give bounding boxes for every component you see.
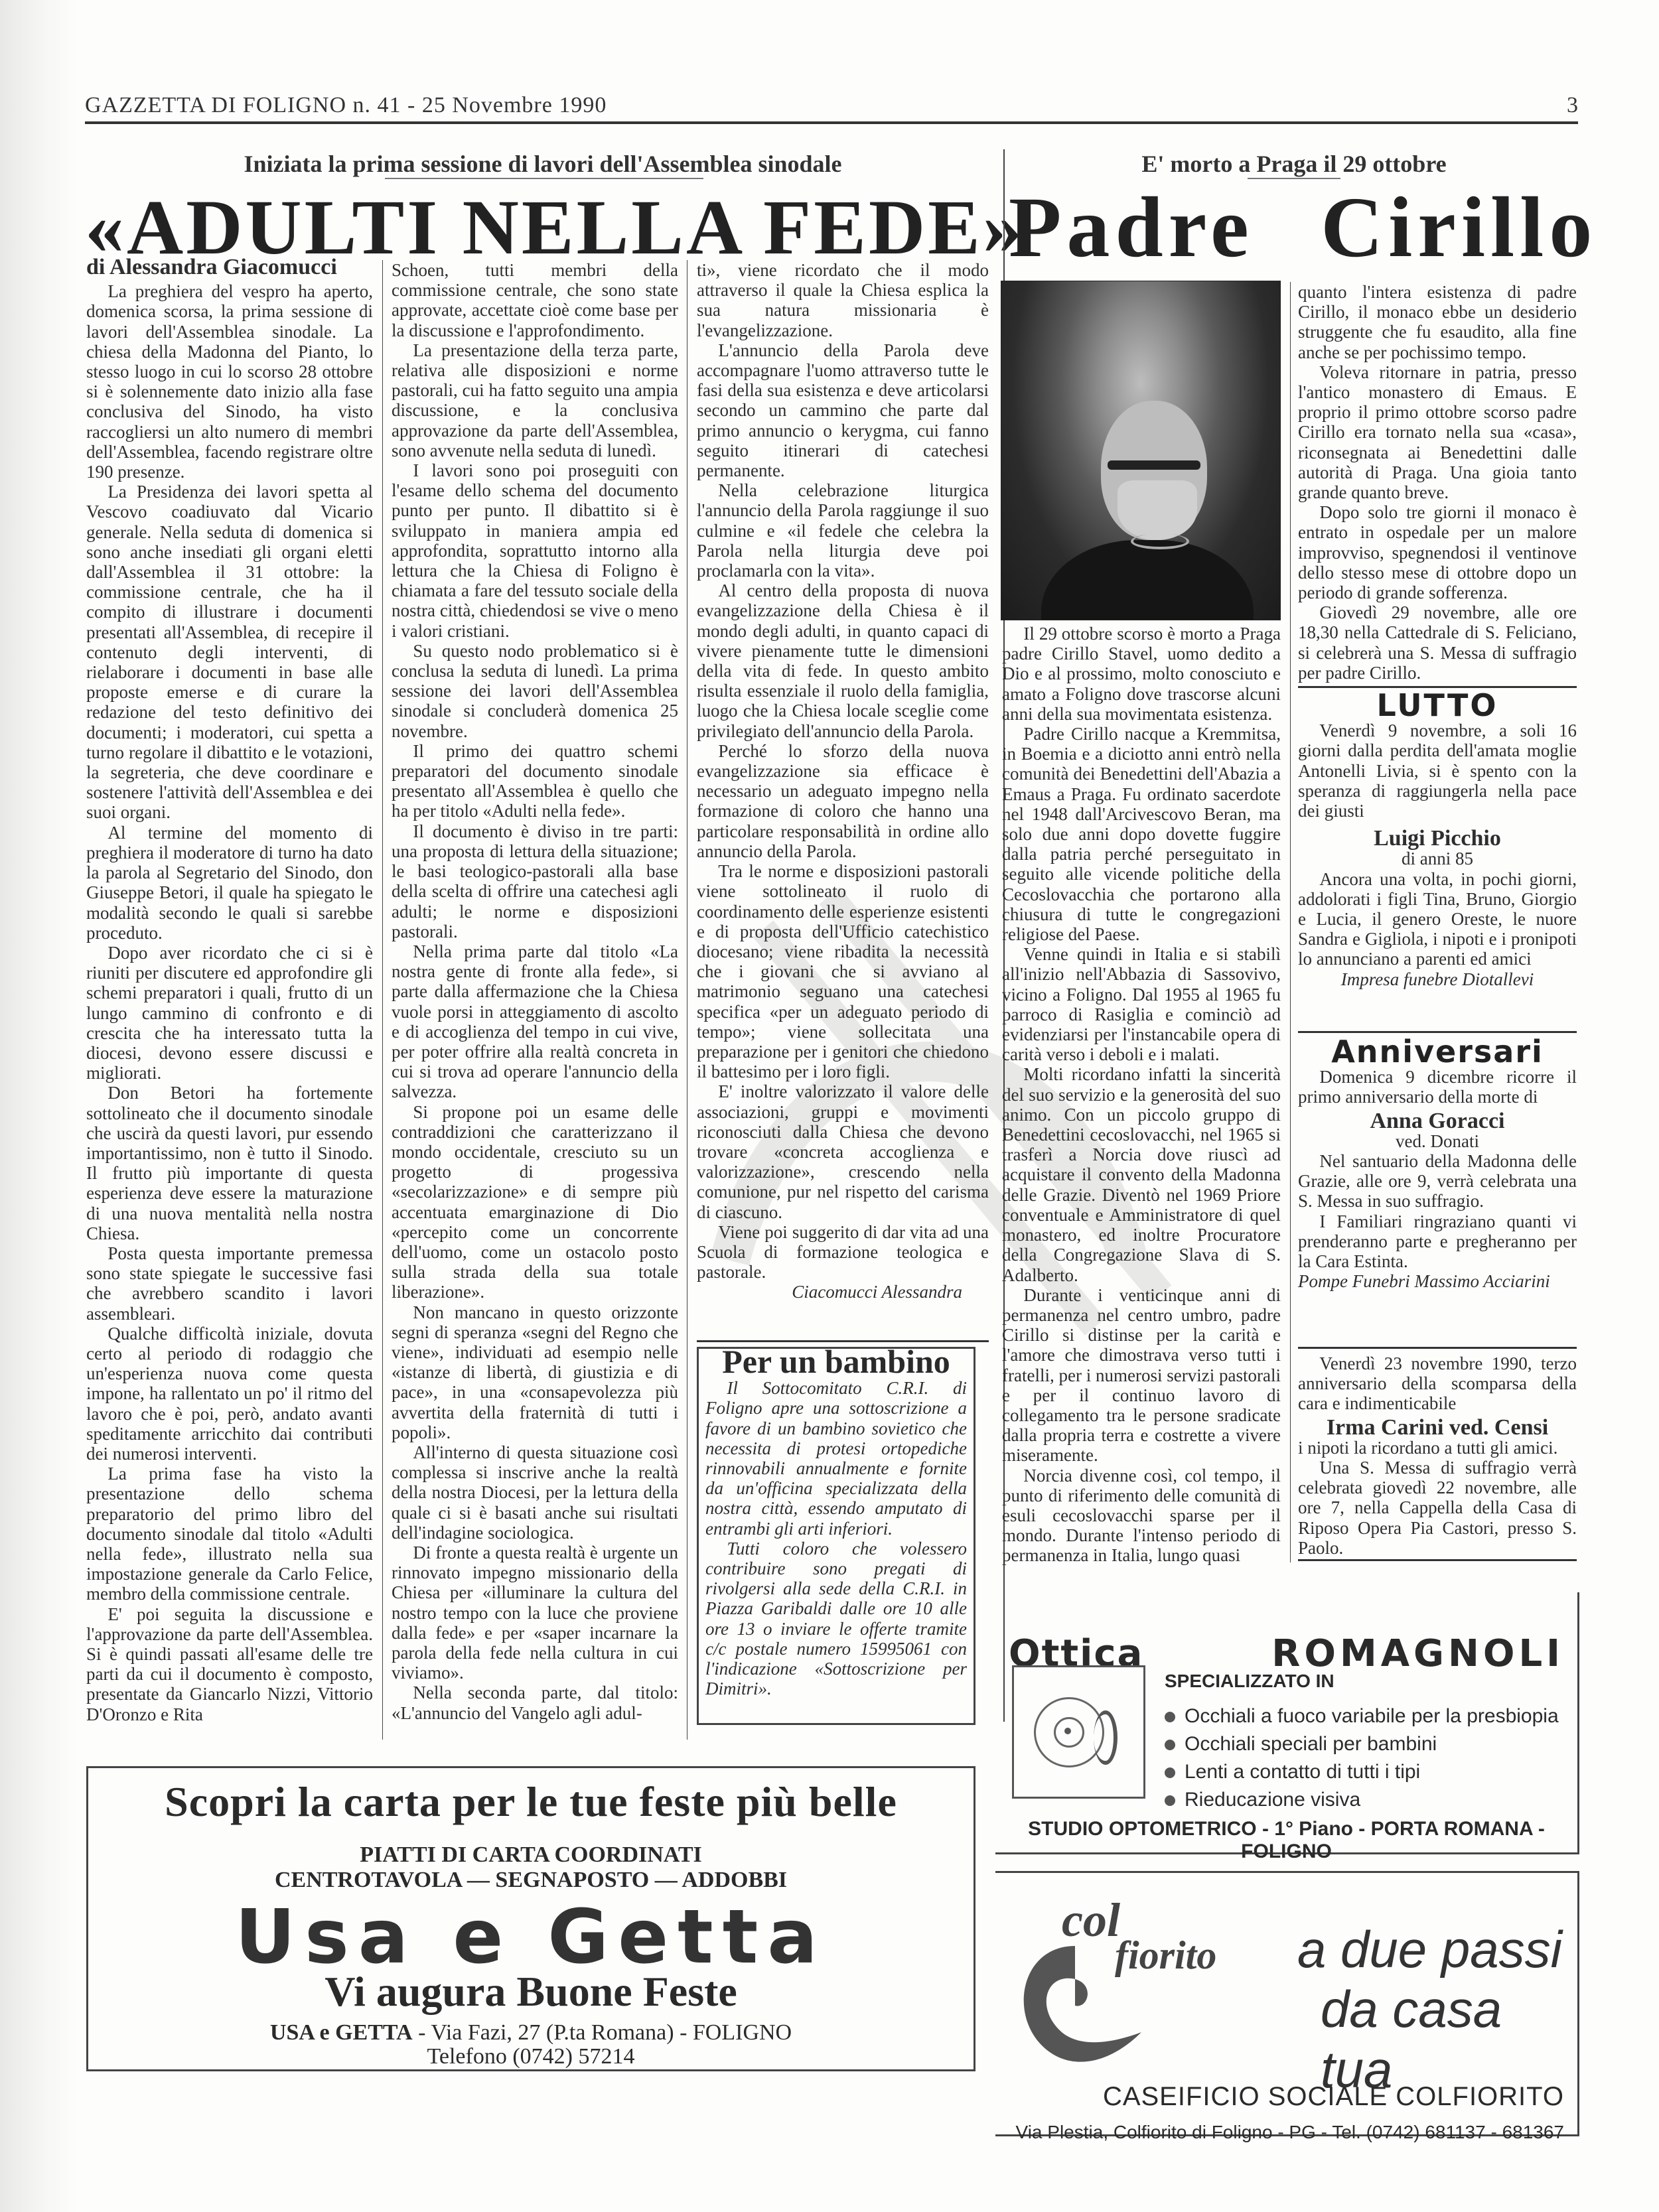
paragraph: La preghiera del vespro ha aperto, domen… xyxy=(86,281,373,482)
service-item: Occhiali a fuoco variabile per la presbi… xyxy=(1165,1705,1559,1726)
paragraph: Al centro della proposta di nuova evange… xyxy=(697,581,989,741)
anniversary-intro: Venerdì 23 novembre 1990, terzo annivers… xyxy=(1298,1353,1577,1414)
ad-line: PIATTI DI CARTA COORDINATI xyxy=(88,1842,974,1868)
ad-greeting: Vi augura Buone Feste xyxy=(88,1967,974,2016)
byline: di Alessandra Giacomucci xyxy=(86,257,373,277)
ad-ottica-romagnoli: Ottica ROMAGNOLI SPECIALIZZATO IN Occhia… xyxy=(995,1592,1579,1854)
paragraph: Il documento è diviso in tre parti: una … xyxy=(392,821,678,941)
column-divider xyxy=(1290,282,1291,1562)
paragraph: Di fronte a questa realtà è urgente un r… xyxy=(392,1543,678,1683)
funeral-home: Impresa funebre Diotallevi xyxy=(1298,969,1577,989)
ad-company: CASEIFICIO SOCIALE COLFIORITO xyxy=(995,2082,1564,2112)
anniversari-title: Anniversari xyxy=(1298,1042,1577,1062)
paragraph: Il Sottocomitato C.R.I. di Foligno apre … xyxy=(705,1378,967,1539)
lutto-intro: Venerdì 9 novembre, a soli 16 giorni dal… xyxy=(1298,721,1577,821)
ad-subtitle: SPECIALIZZATO IN xyxy=(1165,1671,1334,1692)
anniversary-name: Irma Carini ved. Censi xyxy=(1298,1418,1577,1438)
paragraph: La prima fase ha visto la presentazione … xyxy=(86,1464,373,1604)
paragraph: E' inoltre valorizzato il valore delle a… xyxy=(697,1081,989,1221)
paragraph: Il primo dei quattro schemi preparatori … xyxy=(392,741,678,821)
section-rule xyxy=(697,1340,989,1342)
paragraph: Viene poi suggerito di dar vita ad una S… xyxy=(697,1222,989,1282)
paragraph: Venne quindi in Italia e si stabilì all'… xyxy=(1002,944,1281,1064)
paragraph: All'interno di questa situazione così co… xyxy=(392,1442,678,1543)
paragraph: Il 29 ottobre scorso è morto a Praga pad… xyxy=(1002,624,1281,724)
anniversary-subname: ved. Donati xyxy=(1298,1131,1577,1151)
article-column-2: Schoen, tutti membri della commissione c… xyxy=(392,260,678,1723)
kicker-underline xyxy=(385,178,703,179)
service-item: Occhiali speciali per bambini xyxy=(1165,1733,1559,1754)
article-kicker: Iniziata la prima sessione di lavori del… xyxy=(85,150,1001,178)
paragraph: Don Betori ha fortemente sottolineato ch… xyxy=(86,1083,373,1243)
paragraph: Qualche difficoltà iniziale, dovuta cert… xyxy=(86,1324,373,1464)
paragraph: Dopo aver ricordato che ci si è riuniti … xyxy=(86,943,373,1083)
paragraph: La Presidenza dei lavori spetta al Vesco… xyxy=(86,482,373,822)
paragraph: L'annuncio della Parola deve accompagnar… xyxy=(697,340,989,480)
paragraph: Schoen, tutti membri della commissione c… xyxy=(392,260,678,340)
paragraph: Perché lo sforzo della nuova evangelizza… xyxy=(697,741,989,861)
ad-address: Via Plestia, Colfiorito di Foligno - PG … xyxy=(1002,2122,1564,2143)
paragraph: Norcia divenne così, col tempo, il punto… xyxy=(1002,1466,1281,1566)
services-list: Occhiali a fuoco variabile per la presbi… xyxy=(1165,1705,1559,1817)
paragraph: Si propone poi un esame delle contraddiz… xyxy=(392,1102,678,1302)
service-item: Lenti a contatto di tutti i tipi xyxy=(1165,1761,1559,1782)
kicker-underline xyxy=(1248,178,1340,179)
lutto-section: LUTTO Venerdì 9 novembre, a soli 16 gior… xyxy=(1298,690,1577,989)
anniversary-intro: Domenica 9 dicembre ricorre il primo ann… xyxy=(1298,1067,1577,1107)
anniversary-name: Anna Goracci xyxy=(1298,1111,1577,1131)
bullet-icon xyxy=(1165,1712,1175,1722)
paragraph: ti», viene ricordato che il modo attrave… xyxy=(697,260,989,340)
box-per-un-bambino: Per un bambino Il Sottocomitato C.R.I. d… xyxy=(697,1347,975,1725)
page-number: 3 xyxy=(1567,93,1578,118)
article-signature: Ciacomucci Alessandra xyxy=(697,1282,989,1302)
newspaper-page: GAZZETTA DI FOLIGNO n. 41 - 25 Novembre … xyxy=(0,0,1659,2212)
masthead-rule xyxy=(85,121,1578,124)
paragraph: La presentazione della terza parte, rela… xyxy=(392,340,678,460)
eye-lens-icon xyxy=(1012,1665,1145,1799)
bullet-icon xyxy=(1165,1767,1175,1778)
portrait-photo xyxy=(1001,281,1281,620)
ad-footer: STUDIO OPTOMETRICO - 1° Piano - PORTA RO… xyxy=(995,1818,1577,1863)
article-column-1: di Alessandra Giacomucci La preghiera de… xyxy=(86,257,373,1724)
paragraph: Durante i venticinque anni di permanenza… xyxy=(1002,1285,1281,1466)
ad-brand: ROMAGNOLI xyxy=(1271,1632,1564,1675)
article-column-5: quanto l'intera esistenza di padre Ciril… xyxy=(1298,282,1577,683)
paragraph: E' poi seguita la discussione e l'approv… xyxy=(86,1604,373,1724)
section-rule xyxy=(1298,1347,1577,1349)
ad-colfiorito: col fiorito a due passi da casa tua CASE… xyxy=(995,1871,1579,2136)
anniversary-body: Una S. Messa di suffragio verrà celebrat… xyxy=(1298,1458,1577,1558)
paragraph: quanto l'intera esistenza di padre Ciril… xyxy=(1298,282,1577,362)
paragraph: Nella seconda parte, dal titolo: «L'annu… xyxy=(392,1683,678,1722)
paragraph: Tutti coloro che volessero contribuire s… xyxy=(705,1539,967,1699)
paragraph: I lavori sono poi proseguiti con l'esame… xyxy=(392,460,678,641)
paragraph: Non mancano in questo orizzonte segni di… xyxy=(392,1302,678,1442)
paragraph: Posta questa importante premessa sono st… xyxy=(86,1243,373,1324)
deceased-name: Luigi Picchio xyxy=(1298,829,1577,849)
ad-usa-e-getta: Scopri la carta per le tue feste più bel… xyxy=(86,1766,975,2071)
ad-address: USA e GETTA - Via Fazi, 27 (P.ta Romana)… xyxy=(88,2020,974,2045)
paragraph: Padre Cirillo nacque a Kremmitsa, in Boe… xyxy=(1002,724,1281,944)
paragraph: Giovedì 29 novembre, alle ore 18,30 nell… xyxy=(1298,602,1577,683)
anniversary-line: i nipoti la ricordano a tutti gli amici. xyxy=(1298,1438,1577,1458)
anniversary-entry-2: Venerdì 23 novembre 1990, terzo annivers… xyxy=(1298,1353,1577,1558)
column-divider xyxy=(687,260,687,1740)
ad-headline: Scopri la carta per le tue feste più bel… xyxy=(88,1777,974,1827)
box-title: Per un bambino xyxy=(705,1351,967,1371)
newspaper-title: GAZZETTA DI FOLIGNO n. 41 - 25 Novembre … xyxy=(85,93,607,118)
paragraph: Nella prima parte dal titolo «La nostra … xyxy=(392,941,678,1102)
paragraph: Voleva ritornare in patria, presso l'ant… xyxy=(1298,362,1577,502)
anniversary-body: I Familiari ringraziano quanti vi prende… xyxy=(1298,1211,1577,1272)
article-kicker: E' morto a Praga il 29 ottobre xyxy=(1009,150,1579,178)
lutto-title: LUTTO xyxy=(1298,695,1577,715)
lutto-body: Ancora una volta, in pochi giorni, addol… xyxy=(1298,869,1577,969)
paragraph: Tra le norme e disposizioni pastorali vi… xyxy=(697,861,989,1081)
paragraph: Molti ricordano infatti la sincerità del… xyxy=(1002,1064,1281,1284)
masthead: GAZZETTA DI FOLIGNO n. 41 - 25 Novembre … xyxy=(85,90,1578,122)
paragraph: Nella celebrazione liturgica l'annuncio … xyxy=(697,480,989,581)
bullet-icon xyxy=(1165,1795,1175,1806)
paragraph: Su questo nodo problematico si è conclus… xyxy=(392,641,678,741)
section-rule xyxy=(1298,1031,1577,1033)
column-divider xyxy=(382,260,383,1740)
anniversary-body: Nel santuario della Madonna delle Grazie… xyxy=(1298,1151,1577,1211)
ad-phone: Telefono (0742) 57214 xyxy=(88,2044,974,2069)
article-column-3: ti», viene ricordato che il modo attrave… xyxy=(697,260,989,1302)
logo-word-fiorito: fiorito xyxy=(1115,1933,1216,1978)
deceased-age: di anni 85 xyxy=(1298,849,1577,868)
funeral-home: Pompe Funebri Massimo Acciarini xyxy=(1298,1271,1577,1291)
ad-tagline: a due passi xyxy=(1297,1919,1562,1980)
bullet-icon xyxy=(1165,1740,1175,1750)
ad-line: CENTROTAVOLA — SEGNAPOSTO — ADDOBBI xyxy=(88,1868,974,1893)
paragraph: Al termine del momento di preghiera il m… xyxy=(86,823,373,943)
service-item: Rieducazione visiva xyxy=(1165,1789,1559,1810)
article-headline: Padre Cirillo xyxy=(1009,184,1579,271)
scan-edge-shadow xyxy=(0,0,78,2212)
paragraph: Dopo solo tre giorni il monaco è entrato… xyxy=(1298,502,1577,602)
section-rule xyxy=(1298,1559,1577,1561)
anniversari-section: Anniversari Domenica 9 dicembre ricorre … xyxy=(1298,1036,1577,1291)
logo-word-col: col xyxy=(1062,1893,1120,1948)
article-column-4: Il 29 ottobre scorso è morto a Praga pad… xyxy=(1002,624,1281,1566)
